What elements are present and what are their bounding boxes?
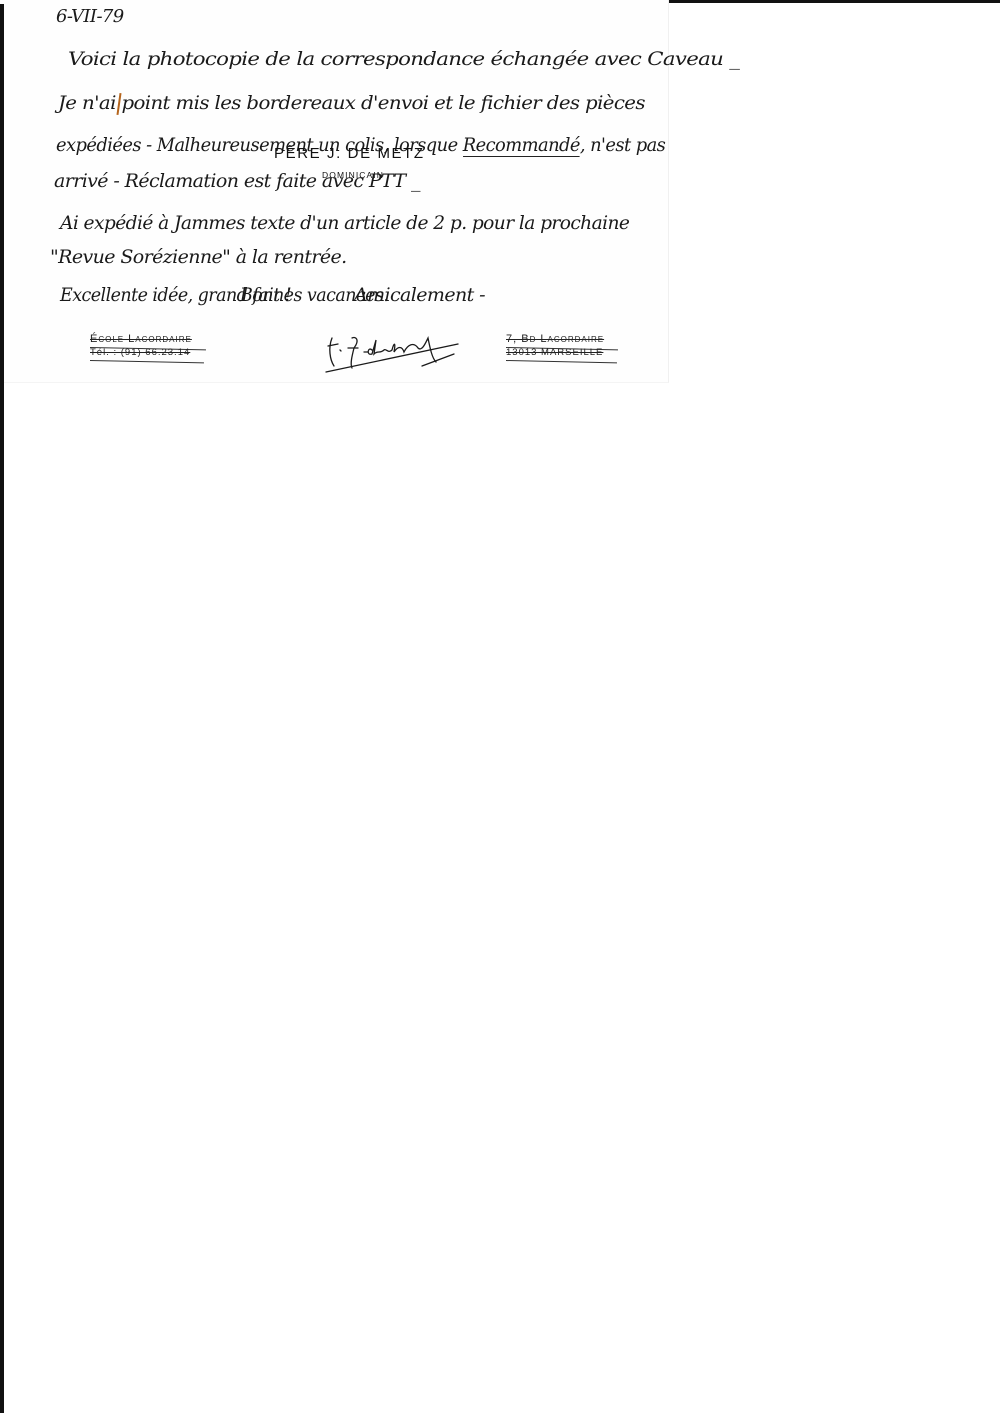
letterhead-school: École Lacordaire [90,333,192,345]
letterhead-name: PÈRE J. DE METZ [274,145,425,162]
letterhead-city: 13013 Marseille [506,347,603,358]
handwriting-line-5: Ai expédié à Jammes texte d'un article d… [60,212,629,234]
scanner-edge-top [667,0,1000,3]
underlined-word: Recommandé [463,134,580,157]
correspondence-card: 6-VII-79 Voici la photocopie de la corre… [4,0,669,383]
closing-amicalement: Amicalement - [354,284,485,306]
handwriting-line-1: Voici la photocopie de la correspondance… [68,48,739,70]
handwriting-line-2-text: Je n'ai point mis les bordereaux d'envoi… [58,92,645,114]
handwriting-line-6: "Revue Sorézienne" à la rentrée. [50,246,347,268]
date: 6-VII-79 [56,6,124,27]
handwriting-line-2: Je n'ai point mis les bordereaux d'envoi… [58,92,645,114]
letterhead-street: 7, Bd Lacordaire [506,333,604,345]
handwriting-line-4: arrivé - Réclamation est faite avec PTT … [54,170,420,192]
handwriting-line-3-tail: , n'est pas [580,134,665,156]
signature [322,328,462,378]
letterhead-phone: Tél. : (91) 66.23.14 [90,347,190,358]
